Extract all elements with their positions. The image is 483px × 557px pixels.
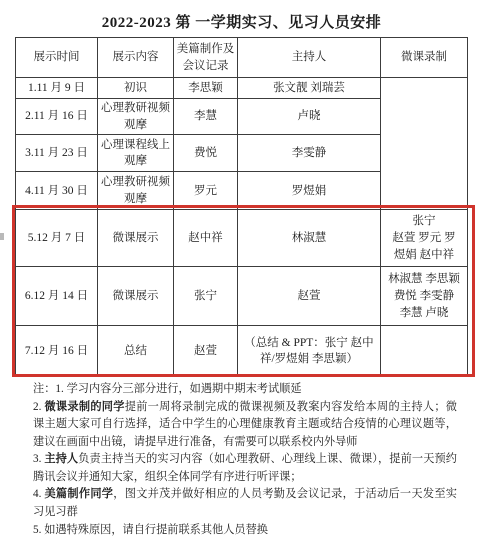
note-number: 4. — [33, 488, 44, 500]
cell-host: 卢晓 — [238, 99, 381, 135]
cell-recorder: 赵萱 — [174, 326, 238, 377]
table-row: 6.12 月 14 日 微课展示 张宁 赵萱 林淑慧 李思颖 费悦 李雯静 李慧… — [16, 267, 468, 326]
cell-time: 3.11 月 23 日 — [16, 135, 98, 172]
note-item: 4. 美篇制作同学，图文并茂并做好相应的人员考勤及会议记录，于活动后一天发至实习… — [33, 486, 457, 521]
cell-host: 李雯静 — [238, 135, 381, 172]
cell-recorder: 罗元 — [174, 172, 238, 210]
table-row: 7.12 月 16 日 总结 赵萱 （总结 & PPT：张宁 赵中祥/罗煜娟 李… — [16, 326, 468, 377]
schedule-table: 展示时间 展示内容 美篇制作及 会议记录 主持人 微课录制 1.11 月 9 日… — [15, 37, 468, 377]
col-header-content: 展示内容 — [98, 38, 174, 78]
cell-host: 赵萱 — [238, 267, 381, 326]
table-row: 1.11 月 9 日 初识 李思颖 张文靓 刘瑞芸 — [16, 78, 468, 99]
cell-time: 7.12 月 16 日 — [16, 326, 98, 377]
note-text: 学习内容分三部分进行，如遇期中期末考试顺延 — [67, 383, 302, 395]
cell-time: 6.12 月 14 日 — [16, 267, 98, 326]
cell-content: 微课展示 — [98, 210, 174, 267]
note-number: 2. — [33, 401, 44, 413]
cell-host: （总结 & PPT：张宁 赵中祥/罗煜娟 李思颖） — [238, 326, 381, 377]
cell-host: 林淑慧 — [238, 210, 381, 267]
note-number: 3. — [33, 453, 44, 465]
note-text: 负责主持当天的实习内容（如心理教研、心理线上课、微课），提前一天预约腾讯会议并通… — [33, 453, 457, 483]
table-header-row: 展示时间 展示内容 美篇制作及 会议记录 主持人 微课录制 — [16, 38, 468, 78]
cell-recorder: 李慧 — [174, 99, 238, 135]
note-number: 5. — [33, 524, 44, 536]
cell-micro-merged — [381, 78, 468, 210]
cell-recorder: 赵中祥 — [174, 210, 238, 267]
cell-content: 微课展示 — [98, 267, 174, 326]
cell-host: 张文靓 刘瑞芸 — [238, 78, 381, 99]
cell-time: 2.11 月 16 日 — [16, 99, 98, 135]
cell-micro: 林淑慧 李思颖 费悦 李雯静 李慧 卢晓 — [381, 267, 468, 326]
col-header-recorder: 美篇制作及 会议记录 — [174, 38, 238, 78]
note-bold: 主持人 — [44, 453, 78, 465]
col-header-host: 主持人 — [238, 38, 381, 78]
note-text: 如遇特殊原因，请自行提前联系其他人员替换 — [44, 524, 268, 536]
col-header-micro: 微课录制 — [381, 38, 468, 78]
cell-content: 初识 — [98, 78, 174, 99]
cell-time: 5.12 月 7 日 — [16, 210, 98, 267]
note-item: 5. 如遇特殊原因，请自行提前联系其他人员替换 — [33, 522, 457, 540]
note-bold: 微课录制的同学 — [44, 401, 124, 413]
cell-host: 罗煜娟 — [238, 172, 381, 210]
scan-artifact — [0, 233, 4, 240]
cell-time: 4.11 月 30 日 — [16, 172, 98, 210]
note-item: 2. 微课录制的同学提前一周将录制完成的微课视频及教案内容发给本周的主持人；微课… — [33, 399, 457, 452]
notes-section: 注：1. 学习内容分三部分进行，如遇期中期末考试顺延 2. 微课录制的同学提前一… — [33, 381, 457, 539]
cell-recorder: 张宁 — [174, 267, 238, 326]
col-header-time: 展示时间 — [16, 38, 98, 78]
cell-content: 心理教研视频观摩 — [98, 99, 174, 135]
cell-content: 心理教研视频观摩 — [98, 172, 174, 210]
note-bold: 美篇制作同学 — [44, 488, 113, 500]
cell-content: 总结 — [98, 326, 174, 377]
cell-micro — [381, 326, 468, 377]
note-item: 3. 主持人负责主持当天的实习内容（如心理教研、心理线上课、微课），提前一天预约… — [33, 451, 457, 486]
cell-content: 心理课程线上观摩 — [98, 135, 174, 172]
cell-micro: 张宁 赵萱 罗元 罗 煜娟 赵中祥 — [381, 210, 468, 267]
cell-time: 1.11 月 9 日 — [16, 78, 98, 99]
note-item: 注：1. 学习内容分三部分进行，如遇期中期末考试顺延 — [33, 381, 457, 399]
cell-recorder: 费悦 — [174, 135, 238, 172]
table-row: 5.12 月 7 日 微课展示 赵中祥 林淑慧 张宁 赵萱 罗元 罗 煜娟 赵中… — [16, 210, 468, 267]
cell-recorder: 李思颖 — [174, 78, 238, 99]
note-number: 注：1. — [33, 383, 67, 395]
page-title: 2022-2023 第 一学期实习、见习人员安排 — [0, 11, 483, 32]
document-page: 2022-2023 第 一学期实习、见习人员安排 展示时间 展示内容 美篇制作及… — [0, 0, 483, 557]
